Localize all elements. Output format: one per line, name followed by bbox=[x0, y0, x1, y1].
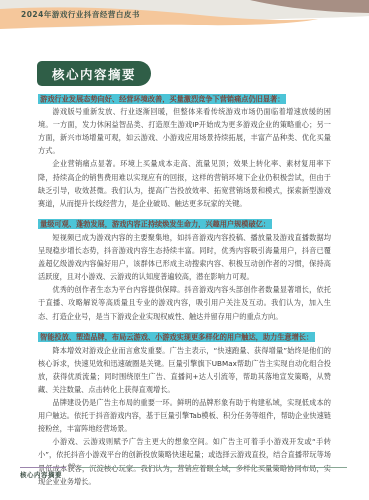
paragraph: 短视频已成为游戏内容的主要聚集地，如抖音游戏内容投稿、播放量及游戏直播数据均呈现… bbox=[38, 231, 331, 283]
footer-green-divider bbox=[78, 467, 347, 468]
whitepaper-page: 2024年游戏行业抖音经营白皮书 核心内容摘要 游戏行业发展态势向好、经营环境改… bbox=[0, 0, 369, 500]
document-title: 2024年游戏行业抖音经营白皮书 bbox=[21, 9, 140, 20]
footer-rule: 02 bbox=[20, 464, 347, 470]
footer-section-label: 核心内容摘要 bbox=[20, 470, 62, 479]
section-heading: 游戏行业发展态势向好、经营环境改善，买量激烈竞争下营销痛点仍旧显著： bbox=[38, 92, 331, 105]
paragraph: 企业营销痛点显著。环境上买量成本走高、流量见顶；效果上转化率、素材复用率下降，持… bbox=[38, 157, 331, 209]
header-wave-graphic bbox=[0, 0, 369, 44]
paragraph: 游戏版号重新发放、行业逐渐回暖，但整体来看传统游戏市场仍面临着增速放缓的困境。一… bbox=[38, 105, 331, 157]
section-heading: 智能投放、塑造品牌，布局云游戏、小游戏实现更多样化的用户触达，助力生意增长： bbox=[38, 331, 331, 344]
page-number: 02 bbox=[68, 464, 76, 470]
section-title-box: 核心内容摘要 bbox=[37, 61, 151, 86]
page-header: 2024年游戏行业抖音经营白皮书 bbox=[0, 0, 369, 44]
content-body: 游戏行业发展态势向好、经营环境改善，买量激烈竞争下营销痛点仍旧显著： 游戏版号重… bbox=[38, 92, 331, 488]
paragraph: 小游戏、云游戏则赋予广告主更大的想象空间。如广告主可着手小游戏开发或“手转小”，… bbox=[38, 435, 331, 487]
highlighted-heading: 智能投放、塑造品牌，布局云游戏、小游戏实现更多样化的用户触达，助力生意增长： bbox=[38, 332, 315, 342]
paragraph: 品牌建设仍是广告主布局的重要一环。鲜明的品牌形象有助于构建私域，实现低成本的用户… bbox=[38, 396, 331, 435]
paragraph: 降本增效对游戏企业而言愈发重要。广告主表示，“快速跑量、获得增量”始终是他们的核… bbox=[38, 344, 331, 396]
section-title: 核心内容摘要 bbox=[52, 65, 136, 83]
highlighted-heading: 量级可观、蓬勃发展，游戏内容正持续焕发生命力，兴趣用户规模破亿： bbox=[38, 219, 272, 229]
footer-purple-divider bbox=[20, 467, 66, 468]
section-heading: 量级可观、蓬勃发展，游戏内容正持续焕发生命力，兴趣用户规模破亿： bbox=[38, 218, 331, 231]
highlighted-heading: 游戏行业发展态势向好、经营环境改善，买量激烈竞争下营销痛点仍旧显著： bbox=[38, 94, 286, 104]
paragraph: 优秀的创作者生态为平台内容提供保障。抖音游戏内容头部创作者数量显著增长，依托于直… bbox=[38, 283, 331, 322]
